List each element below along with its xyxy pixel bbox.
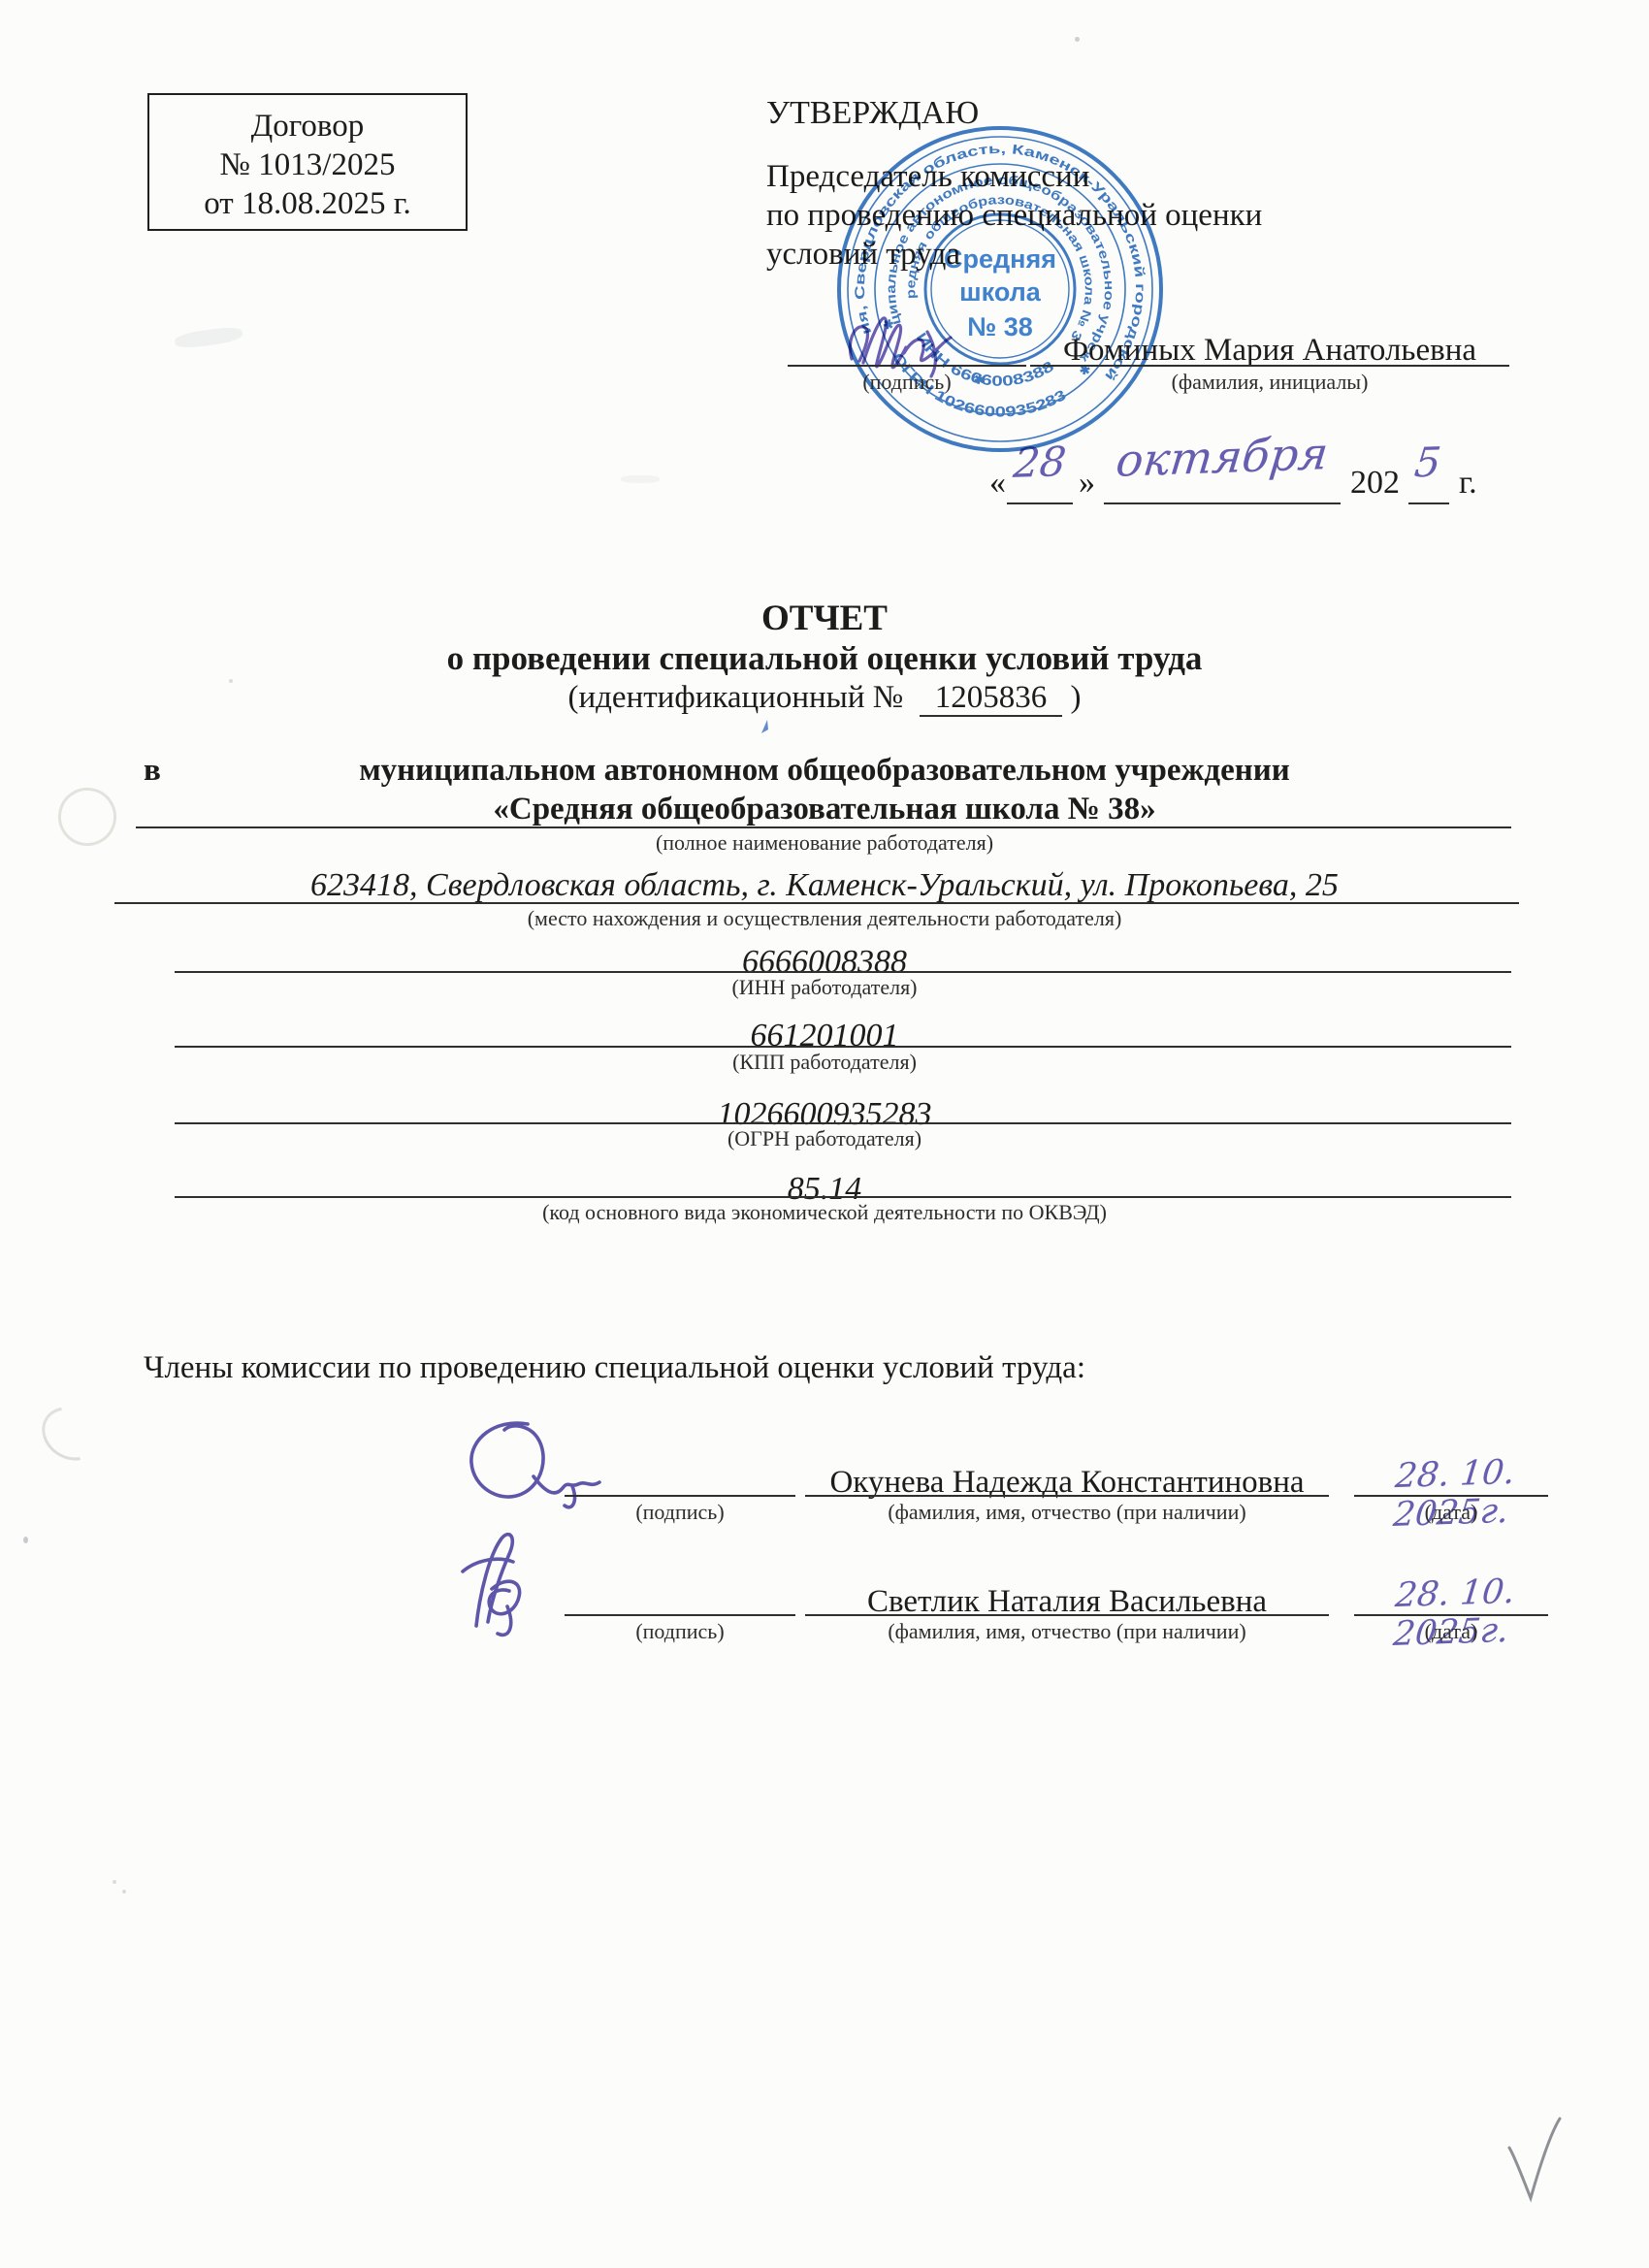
date-year-line xyxy=(1408,502,1449,504)
employer-okved-caption: (код основного вида экономической деятел… xyxy=(0,1200,1649,1225)
scanned-report-page: Договор № 1013/2025 от 18.08.2025 г. УТВ… xyxy=(0,0,1649,2268)
employer-name-line-rule xyxy=(136,826,1511,828)
employer-ogrn-rule xyxy=(175,1122,1511,1124)
member1-date-rule xyxy=(1354,1495,1548,1497)
member1-sign-rule xyxy=(565,1495,795,1497)
report-subtitle: о проведении специальной оценки условий … xyxy=(0,639,1649,678)
scan-speck xyxy=(113,1880,116,1884)
date-month-handwritten: октября xyxy=(1103,427,1342,487)
scan-smudge xyxy=(621,475,660,483)
member2-date-caption: (дата) xyxy=(1354,1619,1548,1644)
member1-name-rule xyxy=(805,1495,1329,1497)
date-close-quote: » xyxy=(1079,463,1095,502)
report-id-suffix: ) xyxy=(1071,680,1082,715)
contract-title: Договор xyxy=(149,107,466,146)
date-year-digit-handwritten: 5 xyxy=(1406,437,1449,486)
member1-sign-caption: (подпись) xyxy=(565,1500,795,1525)
member2-date-rule xyxy=(1354,1614,1548,1616)
chairman-sign-line xyxy=(788,365,1026,367)
member2-sign-caption: (подпись) xyxy=(565,1619,795,1644)
employer-address-rule xyxy=(114,902,1519,904)
chairman-name: Фоминых Мария Анатольевна xyxy=(1028,331,1511,370)
employer-inn-rule xyxy=(175,971,1511,973)
chairman-name-caption: (фамилия, инициалы) xyxy=(1030,370,1509,395)
seal-center-line1: Средняя xyxy=(944,244,1056,274)
member2-sign-rule xyxy=(565,1614,795,1616)
contract-number: № 1013/2025 xyxy=(149,146,466,184)
report-id-prefix: (идентификационный № xyxy=(567,680,903,715)
chairman-name-line xyxy=(1030,365,1509,367)
employer-okved-rule xyxy=(175,1196,1511,1198)
date-open-quote: « xyxy=(989,463,1006,502)
report-id-number: 1205836 xyxy=(920,680,1063,717)
employer-inn-caption: (ИНН работодателя) xyxy=(0,975,1649,1000)
contract-number-box: Договор № 1013/2025 от 18.08.2025 г. xyxy=(147,93,468,231)
employer-address: 623418, Свердловская область, г. Каменск… xyxy=(0,865,1649,905)
employer-ogrn-caption: (ОГРН работодателя) xyxy=(0,1126,1649,1151)
date-month-line xyxy=(1104,502,1341,504)
scan-speck xyxy=(1075,37,1080,42)
employer-name-caption: (полное наименование работодателя) xyxy=(0,830,1649,856)
employer-kpp-caption: (КПП работодателя) xyxy=(0,1050,1649,1075)
employer-name-line2: «Средняя общеобразовательная школа № 38» xyxy=(0,790,1649,828)
member1-date-caption: (дата) xyxy=(1354,1500,1548,1525)
scan-speck xyxy=(122,1890,126,1894)
scan-artifact-arc xyxy=(32,1397,110,1472)
date-year-printed: 202 xyxy=(1350,463,1400,502)
small-ink-mark xyxy=(759,718,772,735)
member2-name-caption: (фамилия, имя, отчество (при наличии) xyxy=(805,1619,1329,1644)
chairman-sign-caption: (подпись) xyxy=(788,370,1026,395)
contract-date: от 18.08.2025 г. xyxy=(149,184,466,223)
scan-speck xyxy=(23,1537,28,1543)
date-year-suffix: г. xyxy=(1459,463,1477,502)
report-title: ОТЧЕТ xyxy=(0,598,1649,639)
report-id-line: (идентификационный № 1205836 ) xyxy=(0,678,1649,717)
member2-name-rule xyxy=(805,1614,1329,1616)
employer-kpp-rule xyxy=(175,1046,1511,1048)
employer-name-line1: муниципальном автономном общеобразовател… xyxy=(0,751,1649,790)
employer-address-caption: (место нахождения и осуществления деятел… xyxy=(0,906,1649,931)
pencil-checkmark xyxy=(1502,2113,1569,2210)
school-round-seal-stamp: Россия, Свердловская область, Каменск-Ур… xyxy=(827,116,1173,462)
date-day-handwritten: 28 xyxy=(1006,437,1073,487)
commission-heading: Члены комиссии по проведению специальной… xyxy=(144,1348,1085,1387)
member1-name-caption: (фамилия, имя, отчество (при наличии) xyxy=(805,1500,1329,1525)
scan-speck xyxy=(229,679,233,683)
scan-smudge xyxy=(174,325,243,350)
date-day-line xyxy=(1007,502,1073,504)
